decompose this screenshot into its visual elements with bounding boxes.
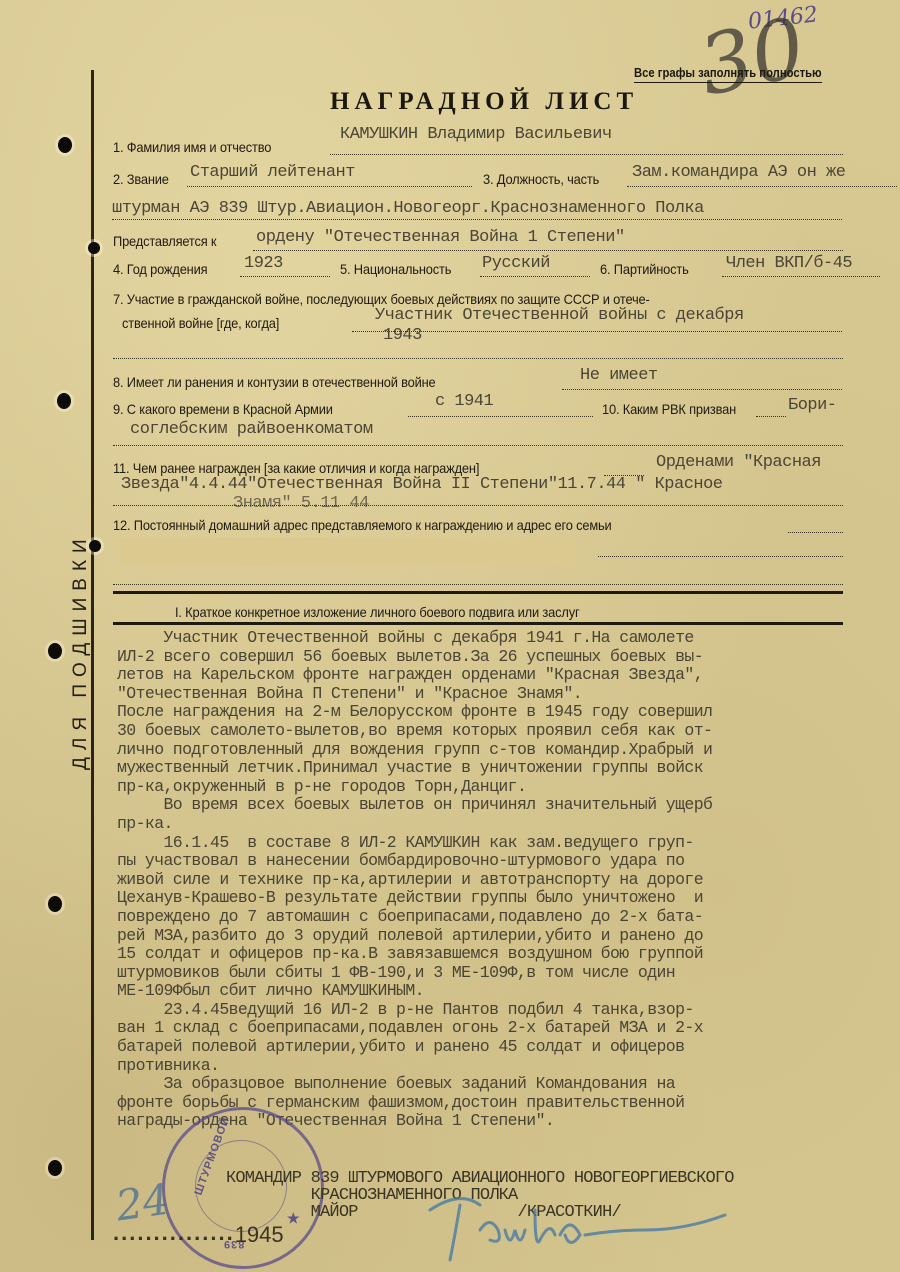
field-2-label: 2. Звание [113, 171, 169, 187]
field-6-line [722, 276, 880, 277]
field-10-value-cont: соглебским райвоенкоматом [130, 420, 373, 439]
field-3-line-2 [112, 219, 842, 220]
field-8-label: 8. Имеет ли ранения и контузии в отечест… [113, 374, 436, 390]
body-line: "Отечественная Война П Степени" и "Красн… [117, 685, 900, 704]
field-11-value-cont: Звезда"4.4.44"Отечественная Война II Сте… [121, 475, 723, 494]
presented-value: ордену "Отечественная Война 1 Степени" [256, 228, 625, 247]
field-8-value: Не имеет [580, 366, 658, 385]
field-8-line [562, 389, 842, 390]
field-11-line-2 [113, 505, 843, 506]
punch-hole [58, 137, 72, 153]
field-1-value: КАМУШКИН Владимир Васильевич [340, 125, 612, 144]
body-line: батарей полевой артилерии,убито и ранено… [117, 1038, 900, 1057]
document-title: НАГРАДНОЙ ЛИСТ [330, 88, 638, 116]
field-1-line [330, 154, 843, 155]
body-line: ван 1 склад с боеприпасами,подавлен огон… [117, 1019, 900, 1038]
field-10-line [756, 416, 786, 417]
body-line: пр-ка,окруженный в р-не городов Торн,Дан… [117, 778, 900, 797]
body-line: противника. [117, 1057, 900, 1076]
punch-hole [48, 1160, 62, 1176]
body-line: 15 солдат и офицеров пр-ка.В завязавшемс… [117, 945, 900, 964]
body-line: лично подготовленный для вождения групп … [117, 741, 900, 760]
body-line: Участник Отечественной войны с декабря 1… [117, 629, 900, 648]
field-3-line [627, 186, 897, 187]
section-rule-top [113, 591, 843, 594]
field-11-label: 11. Чем ранее награжден [за какие отличи… [113, 460, 479, 476]
field-5-line [480, 276, 590, 277]
field-2-value: Старший лейтенант [190, 163, 355, 182]
field-5-value: Русский [482, 254, 550, 273]
binding-margin-label: ДЛЯ ПОДШИВКИ [70, 532, 92, 770]
body-line: пр-ка. [117, 815, 900, 834]
field-12-line [788, 532, 843, 533]
body-line: ИЛ-2 всего совершил 56 боевых вылетов.За… [117, 648, 900, 667]
field-2-line [187, 186, 472, 187]
date-year: 1945 [235, 1222, 284, 1247]
body-line: За образцовое выполнение боевых заданий … [117, 1075, 900, 1094]
field-5-label: 5. Национальность [340, 261, 451, 277]
body-line: рей МЗА,разбито до 3 орудий полевой арти… [117, 927, 900, 946]
body-line: живой силе и технике пр-ка,артилерии и а… [117, 871, 900, 890]
body-line: повреждено до 7 автомашин с боеприпасами… [117, 908, 900, 927]
commander-signature [420, 1180, 740, 1270]
date-dots: ............... [113, 1220, 235, 1245]
field-10-label: 10. Каким РВК призван [602, 401, 736, 417]
field-1-label: 1. Фамилия имя и отчество [113, 139, 271, 155]
field-12-label: 12. Постоянный домашний адрес представля… [113, 517, 612, 533]
body-line: пы участвовал в нанесении бомбардировочн… [117, 852, 900, 871]
field-7-value-cont: 1943 [383, 326, 422, 345]
field-4-line [240, 276, 330, 277]
field-9-label: 9. С какого времени в Красной Армии [113, 401, 333, 417]
body-line: летов на Карельском фронте награжден орд… [117, 666, 900, 685]
punch-hole [57, 393, 71, 409]
body-line: 23.4.45ведущий 16 ИЛ-2 в р-не Пантов под… [117, 1001, 900, 1020]
field-6-value: Член ВКП/б-45 [726, 254, 852, 273]
field-6-label: 6. Партийность [600, 261, 689, 277]
instruction-note: Все графы заполнять полностью [634, 66, 822, 83]
field-9-line [408, 416, 593, 417]
page-number-handwritten: 30 [691, 0, 813, 115]
merit-description: Участник Отечественной войны с декабря 1… [117, 629, 900, 1131]
field-7-label-1: 7. Участие в гражданской войне, последую… [113, 291, 650, 307]
section-rule-bottom [113, 622, 843, 625]
field-12-line-2 [598, 556, 843, 557]
field-3-label: 3. Должность, часть [483, 171, 599, 187]
field-7-label-2: ственной войне [где, когда] [122, 315, 279, 331]
field-3-value-cont: штурман АЭ 839 Штур.Авиацион.Новогеорг.К… [112, 199, 704, 218]
field-4-label: 4. Год рождения [113, 261, 207, 277]
body-line: Во время всех боевых вылетов он причинял… [117, 796, 900, 815]
field-12-line-3 [113, 584, 843, 585]
presented-label: Представляется к [113, 233, 216, 249]
body-line: 16.1.45 в составе 8 ИЛ-2 КАМУШКИН как за… [117, 834, 900, 853]
body-line: После награждения на 2-м Белорусском фро… [117, 703, 900, 722]
body-line: Цеханув-Крашево-В результате действии гр… [117, 889, 900, 908]
punch-hole [48, 643, 62, 659]
redacted-address [120, 538, 575, 565]
field-3-value: Зам.командира АЭ он же [632, 163, 845, 182]
punch-hole [88, 242, 100, 254]
field-9-value: с 1941 [435, 392, 493, 411]
field-11-value: Орденами "Красная [656, 453, 821, 472]
body-line: мужественный летчик.Принимал участие в у… [117, 759, 900, 778]
field-4-value: 1923 [244, 254, 283, 273]
field-10-line-2 [113, 445, 843, 446]
punch-hole [48, 896, 62, 912]
field-7-line [352, 331, 842, 332]
body-line: 30 боевых самолето-вылетов,во время кото… [117, 722, 900, 741]
presented-line [253, 250, 843, 251]
body-line: штурмовиков были сбиты 1 ФВ-190,и 3 МЕ-1… [117, 964, 900, 983]
date-line: ...............1945 [113, 1222, 284, 1248]
field-7-value: Участник Отечественной войны с декабря [375, 306, 744, 325]
field-7-line-2 [113, 358, 843, 359]
field-11-value-cont-2: Знамя" 5.11 44 [233, 494, 369, 513]
body-line: МЕ-109Фбыл сбит лично КАМУШКИНЫМ. [117, 982, 900, 1001]
section-heading: I. Краткое конкретное изложение личного … [175, 604, 579, 620]
field-10-value: Бори- [788, 396, 837, 415]
